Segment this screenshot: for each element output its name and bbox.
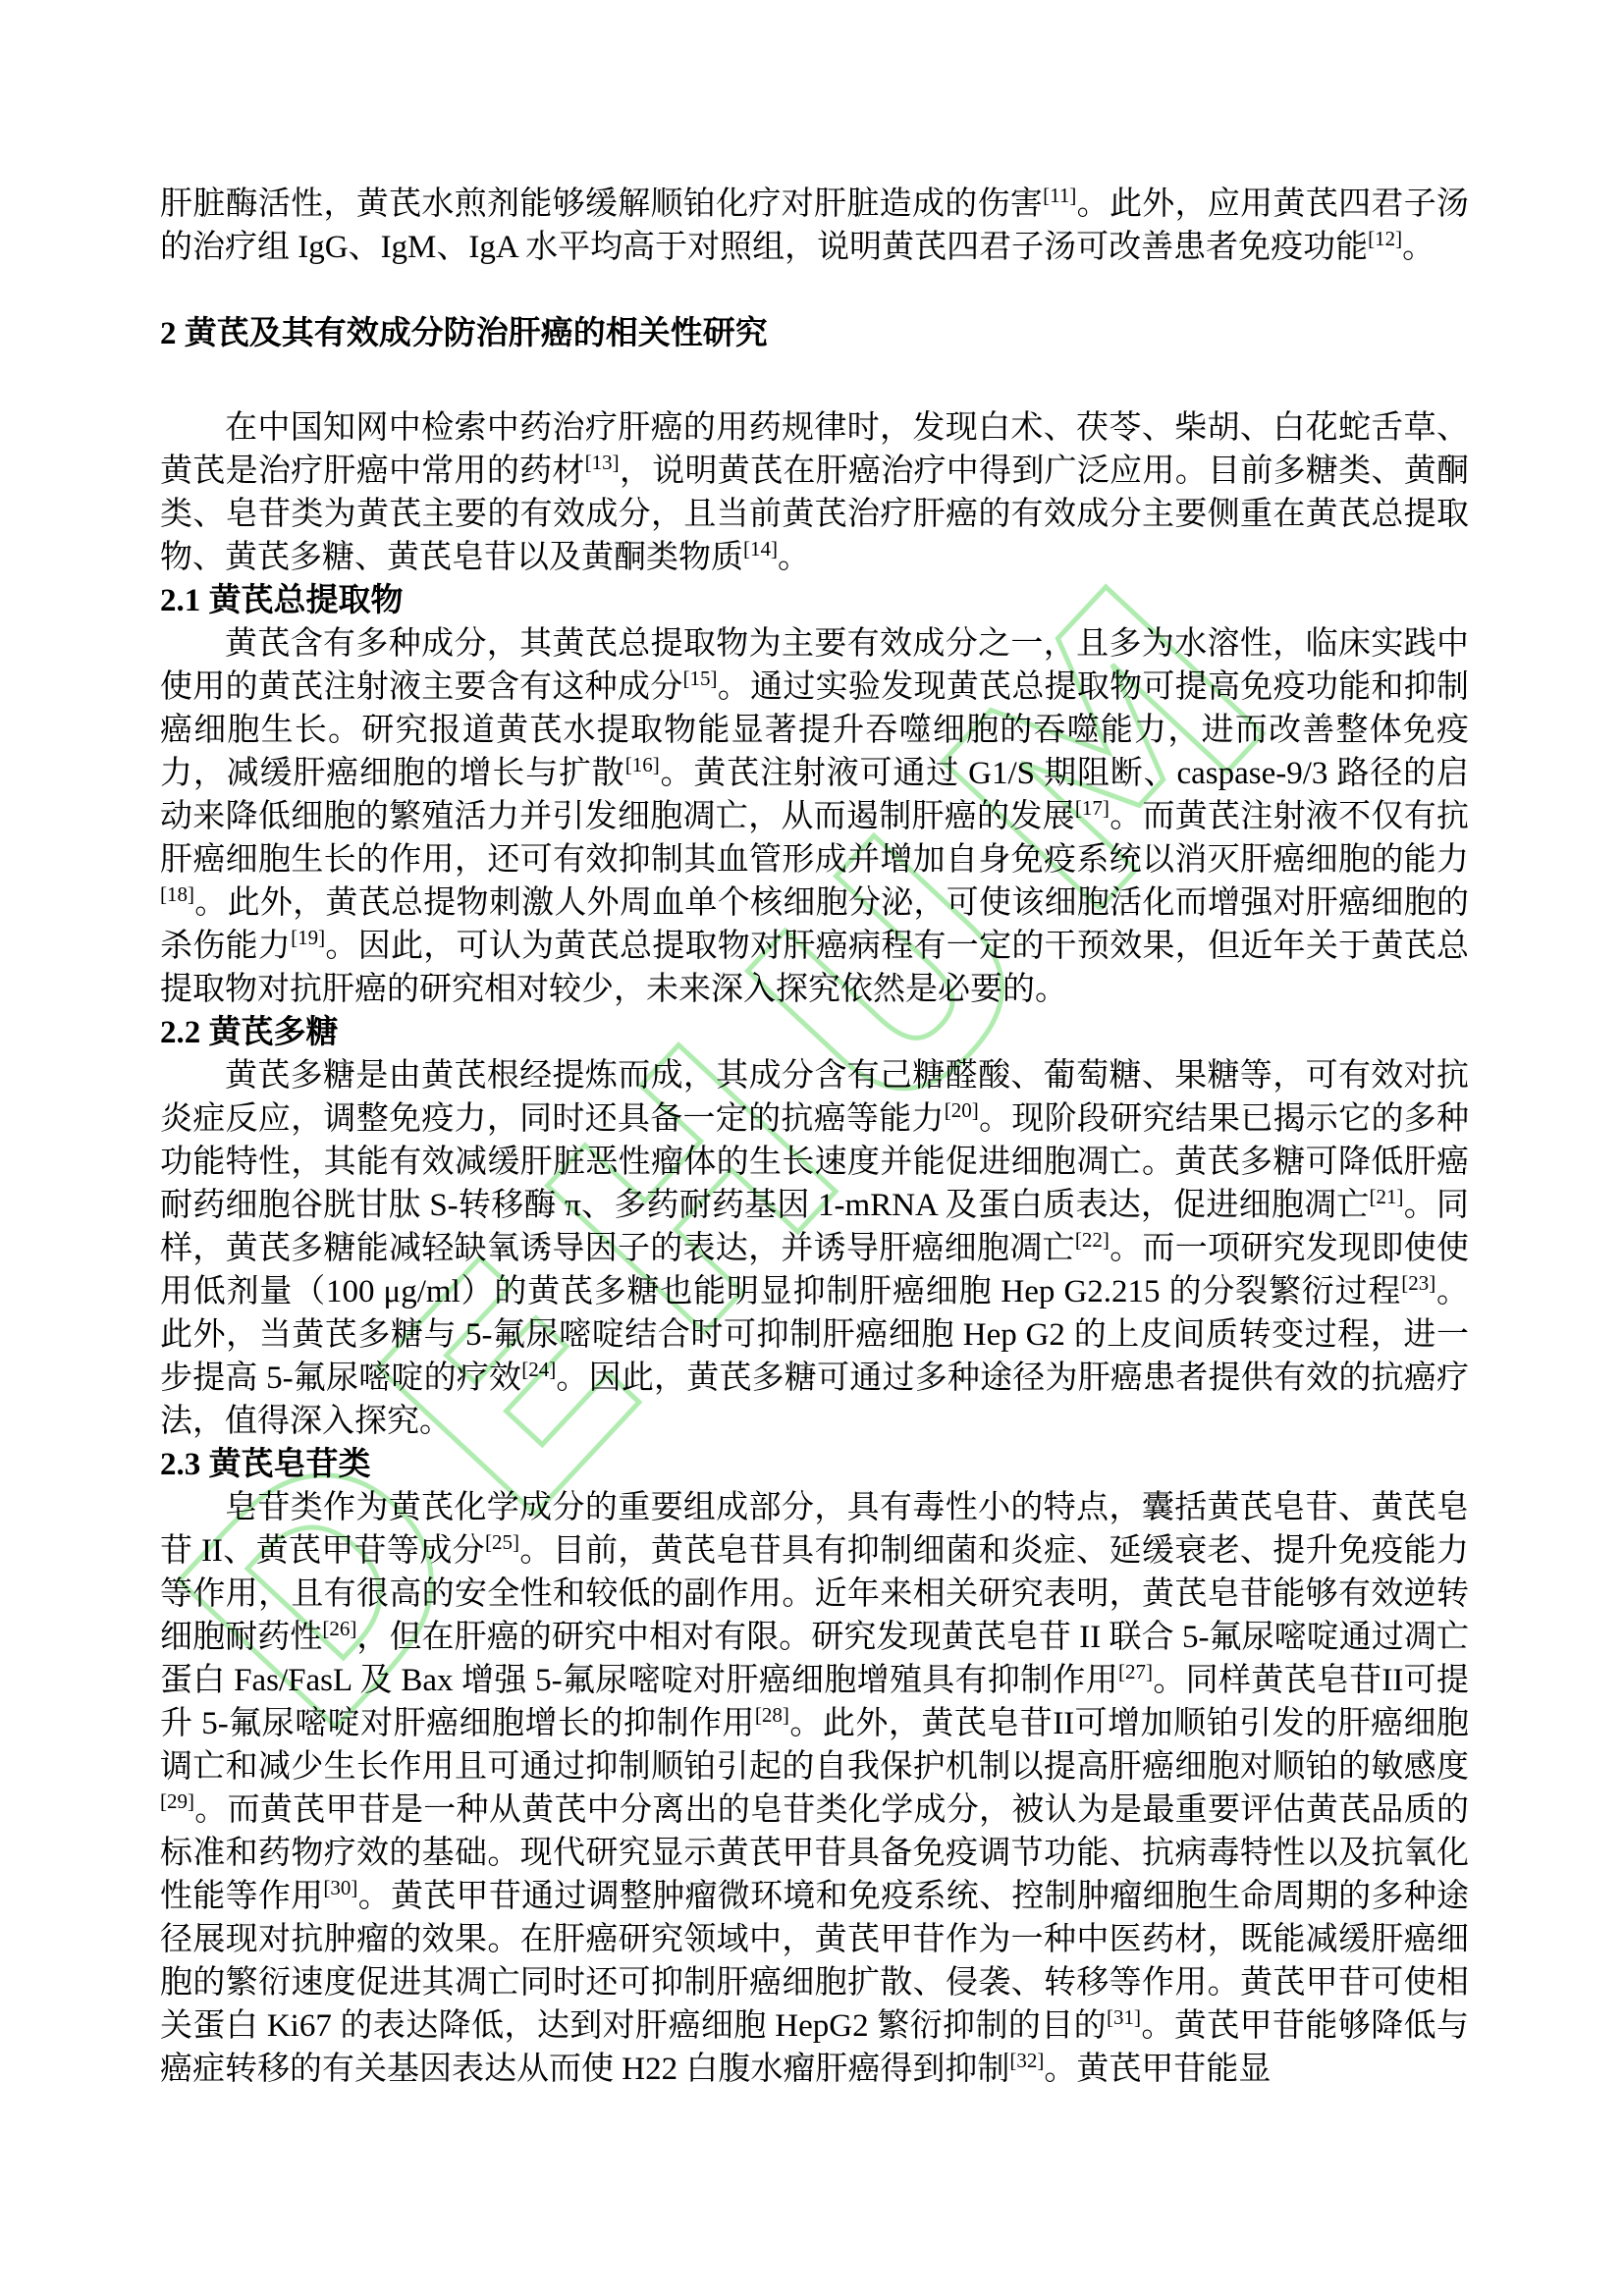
reference-superscript: [14] — [743, 537, 778, 561]
section-2-2-heading: 2.2 黄芪多糖 — [160, 1011, 1469, 1054]
reference-superscript: [25] — [485, 1530, 519, 1554]
reference-superscript: [11] — [1043, 184, 1076, 207]
reference-superscript: [17] — [1075, 796, 1110, 820]
section-2-3-heading: 2.3 黄芪皂苷类 — [160, 1443, 1469, 1486]
section-2-3-paragraph: 皂苷类作为黄芪化学成分的重要组成部分，具有毒性小的特点，囊括黄芪皂苷、黄芪皂苷 … — [160, 1486, 1469, 2091]
section-2-1-paragraph: 黄芪含有多种成分，其黄芪总提取物为主要有效成分之一，且多为水溶性，临床实践中使用… — [160, 622, 1469, 1011]
section-2-heading: 2 黄芪及其有效成分防治肝癌的相关性研究 — [160, 312, 1469, 355]
document-page: DEHUM 肝脏酶活性，黄芪水煎剂能够缓解顺铂化疗对肝脏造成的伤害[11]。此外… — [0, 0, 1624, 2296]
section-2-1-heading: 2.1 黄芪总提取物 — [160, 579, 1469, 622]
reference-superscript: [12] — [1368, 227, 1402, 250]
reference-superscript: [27] — [1118, 1660, 1153, 1683]
reference-superscript: [30] — [323, 1876, 357, 1899]
paragraph-continuation: 肝脏酶活性，黄芪水煎剂能够缓解顺铂化疗对肝脏造成的伤害[11]。此外，应用黄芪四… — [160, 183, 1469, 269]
reference-superscript: [19] — [291, 926, 325, 949]
reference-superscript: [21] — [1370, 1185, 1404, 1208]
reference-superscript: [23] — [1401, 1271, 1435, 1295]
reference-superscript: [26] — [322, 1617, 356, 1640]
intro-paragraph: 在中国知网中检索中药治疗肝癌的用药规律时，发现白术、茯苓、柴胡、白花蛇舌草、黄芪… — [160, 406, 1469, 579]
reference-superscript: [31] — [1107, 2005, 1141, 2029]
reference-superscript: [32] — [1009, 2049, 1044, 2072]
reference-superscript: [16] — [625, 753, 660, 776]
page-content: 肝脏酶活性，黄芪水煎剂能够缓解顺铂化疗对肝脏造成的伤害[11]。此外，应用黄芪四… — [160, 183, 1469, 2091]
reference-superscript: [15] — [683, 667, 718, 690]
reference-superscript: [22] — [1075, 1228, 1110, 1252]
reference-superscript: [28] — [755, 1703, 789, 1727]
reference-superscript: [13] — [585, 451, 620, 474]
section-2-2-paragraph: 黄芪多糖是由黄芪根经提炼而成，其成分含有己糖醛酸、葡萄糖、果糖等，可有效对抗炎症… — [160, 1054, 1469, 1443]
reference-superscript: [18] — [160, 882, 194, 906]
reference-superscript: [20] — [945, 1098, 979, 1122]
reference-superscript: [24] — [521, 1358, 556, 1381]
reference-superscript: [29] — [160, 1789, 194, 1813]
